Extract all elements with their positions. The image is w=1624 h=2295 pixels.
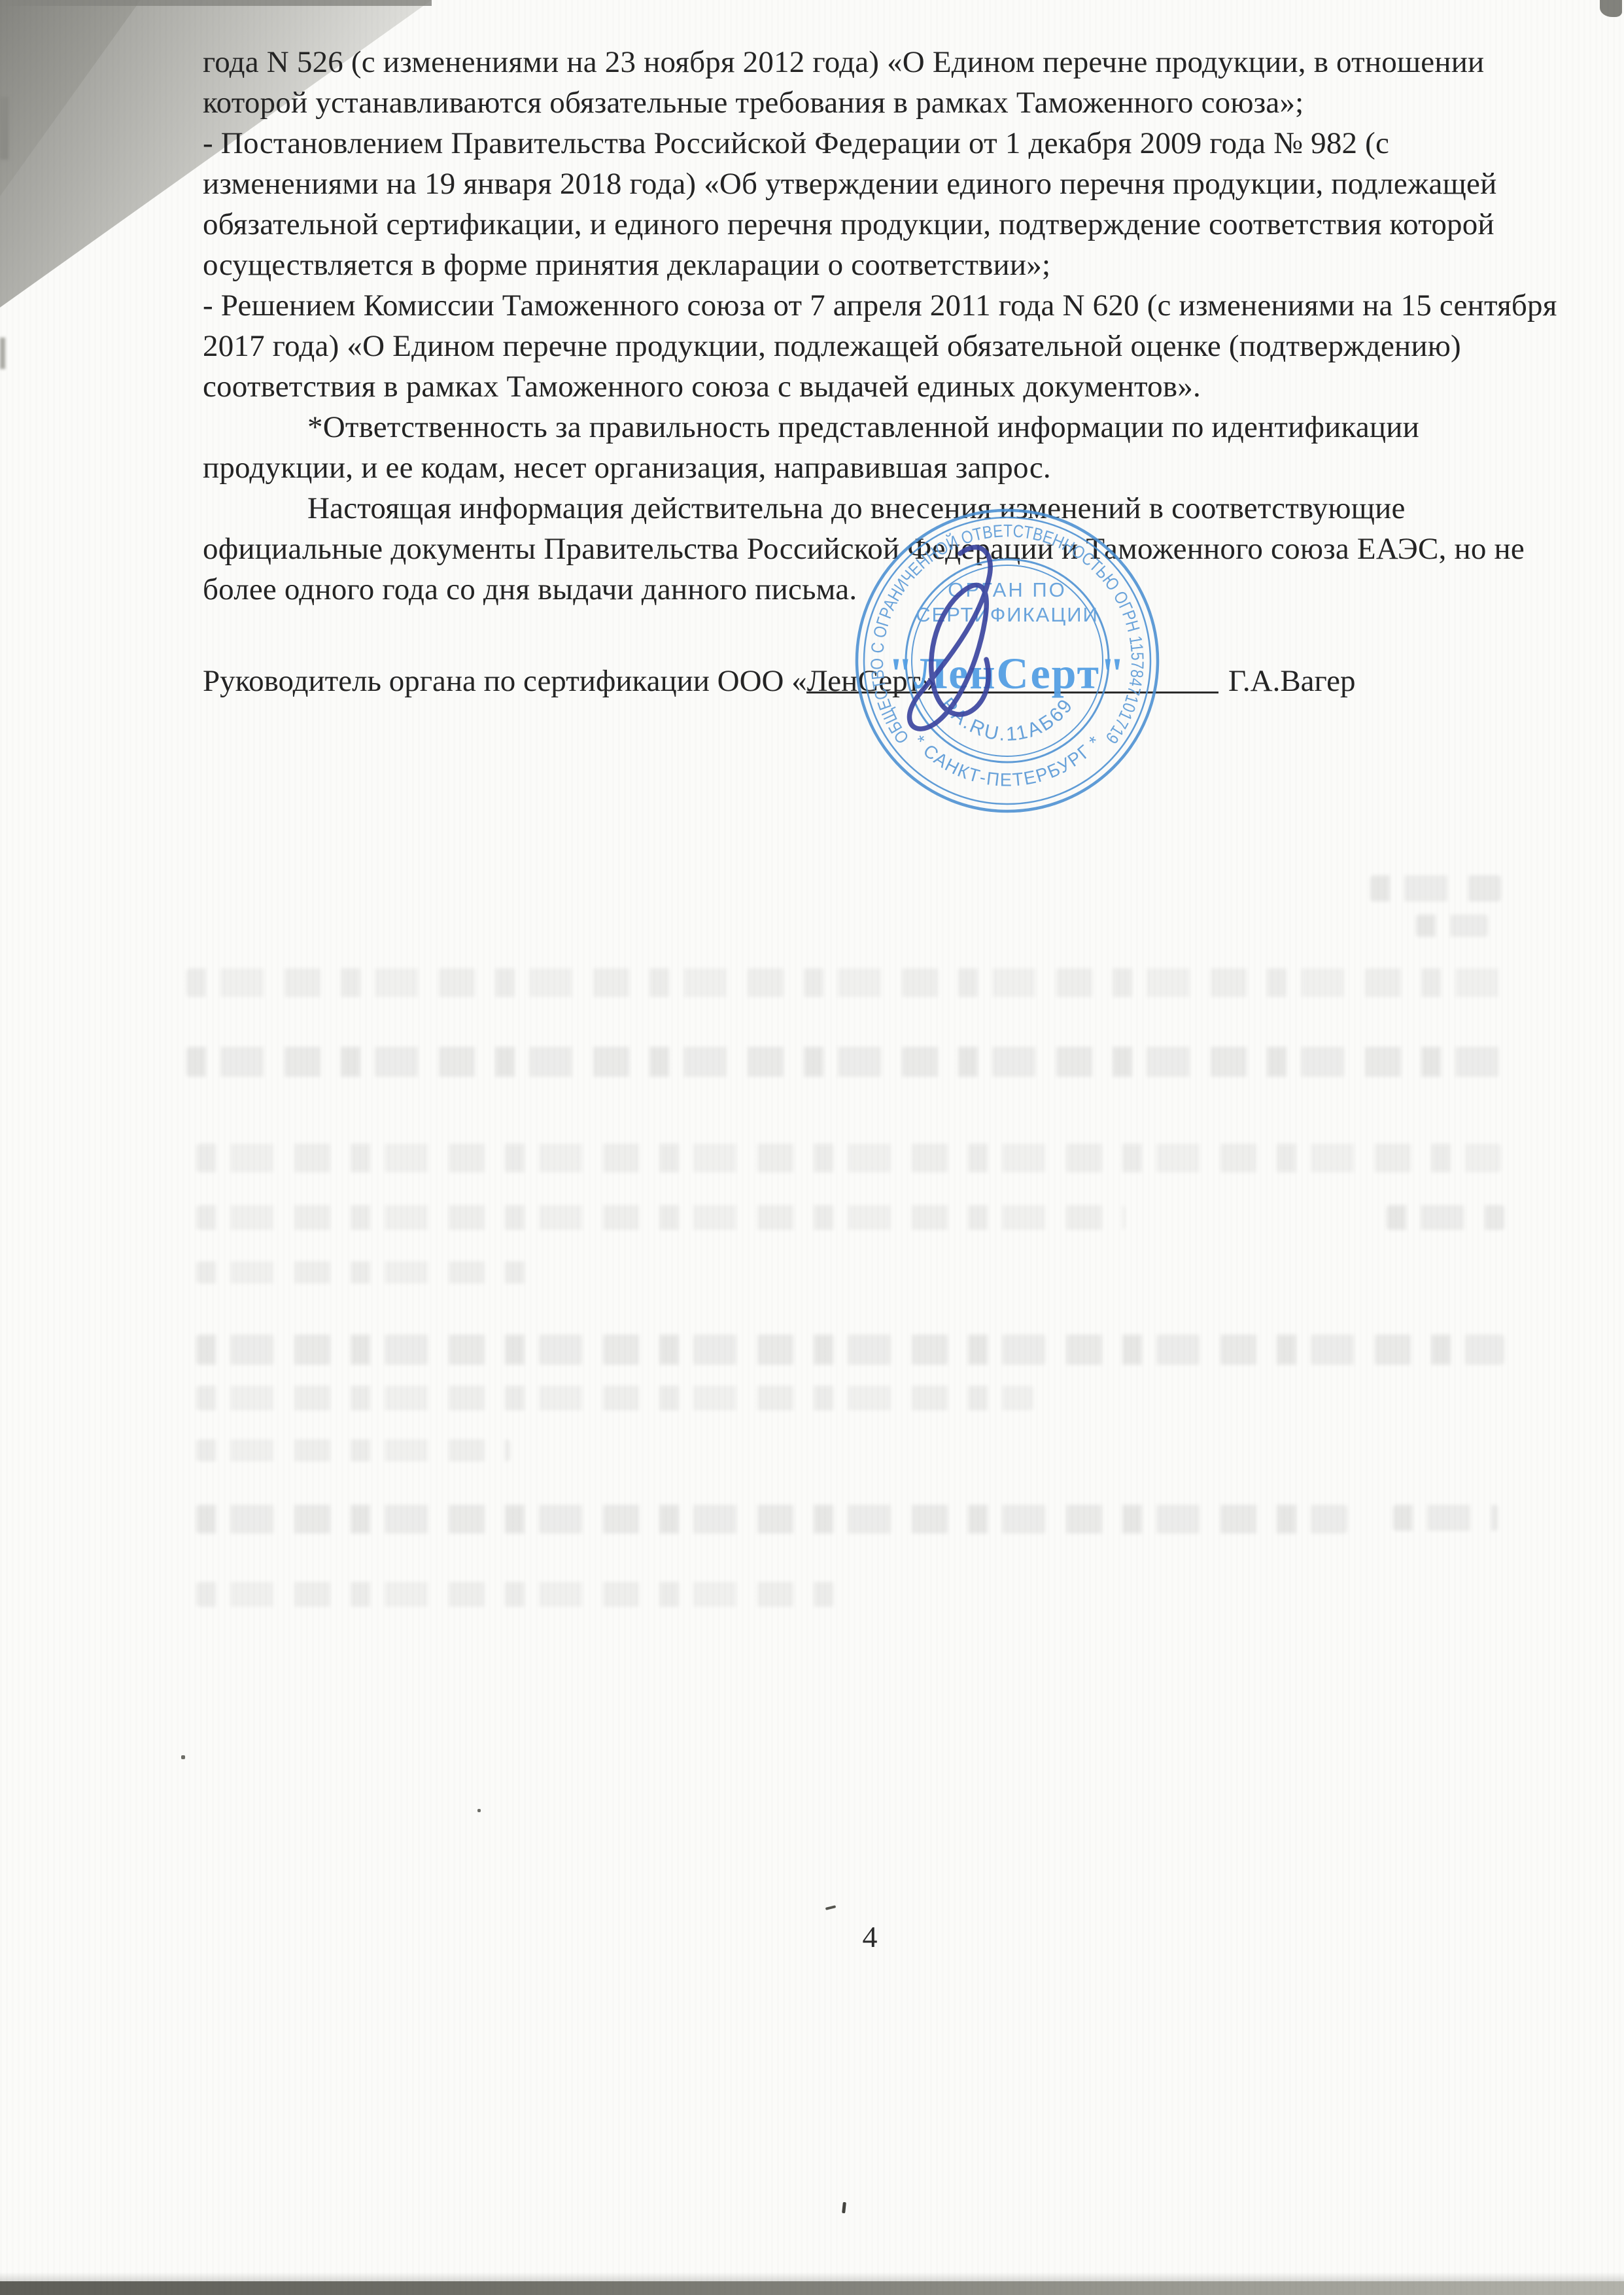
scan-top-edge [0, 0, 432, 6]
document-text-line: *Ответственность за правильность предста… [203, 407, 1504, 447]
bleedthrough-smudge [196, 1205, 1125, 1230]
scan-speck [181, 1755, 185, 1759]
bleedthrough-smudge [186, 968, 1501, 997]
scan-bottom-feather [0, 2272, 1624, 2281]
document-text-line: - Решением Комиссии Таможенного союза от… [203, 285, 1504, 326]
bleedthrough-smudge [196, 1144, 1501, 1172]
bleedthrough-smudge [196, 1386, 1033, 1410]
bleedthrough-smudge [186, 1047, 1501, 1077]
bleedthrough-smudge [1416, 915, 1488, 937]
scan-edge-mark [0, 338, 5, 369]
document-text-line: 2017 года) «О Едином перечне продукции, … [203, 326, 1504, 366]
scan-corner-mark [1600, 0, 1622, 17]
bleedthrough-smudge [196, 1582, 837, 1607]
certification-stamp: ОБЩЕСТВО С ОГРАНИЧЕННОЙ ОТВЕТСТВЕННОСТЬЮ… [840, 494, 1181, 841]
bleedthrough-smudge [196, 1505, 1347, 1533]
scan-edge-mark [0, 97, 9, 160]
document-text-line: изменениями на 19 января 2018 года) «Об … [203, 164, 1504, 204]
document-text-line: года N 526 (с изменениями на 23 ноября 2… [203, 42, 1504, 82]
signature-name: Г.А.Вагер [1228, 663, 1356, 699]
scan-bottom-edge [0, 2281, 1624, 2295]
scan-speck [825, 1905, 836, 1910]
bleedthrough-smudge [196, 1335, 1504, 1365]
scan-speck [842, 2202, 846, 2213]
scan-speck [477, 1809, 481, 1812]
document-text-line: - Постановлением Правительства Российско… [203, 123, 1504, 164]
document-text-line: продукции, и ее кодам, несет организация… [203, 447, 1504, 488]
bleedthrough-smudge [196, 1439, 510, 1462]
bleedthrough-smudge [1370, 875, 1501, 902]
bleedthrough-smudge [1393, 1505, 1498, 1531]
bleedthrough-smudge [1387, 1205, 1504, 1230]
bleedthrough-smudge [196, 1261, 536, 1284]
document-text-line: осуществляется в форме принятия декларац… [203, 245, 1504, 285]
document-text-line: которой устанавливаются обязательные тре… [203, 82, 1504, 123]
document-text-line: соответствия в рамках Таможенного союза … [203, 366, 1504, 407]
scanned-document-page: года N 526 (с изменениями на 23 ноября 2… [0, 0, 1624, 2295]
document-text-line: обязательной сертификации, и единого пер… [203, 204, 1504, 245]
page-number: 4 [850, 1919, 890, 1954]
